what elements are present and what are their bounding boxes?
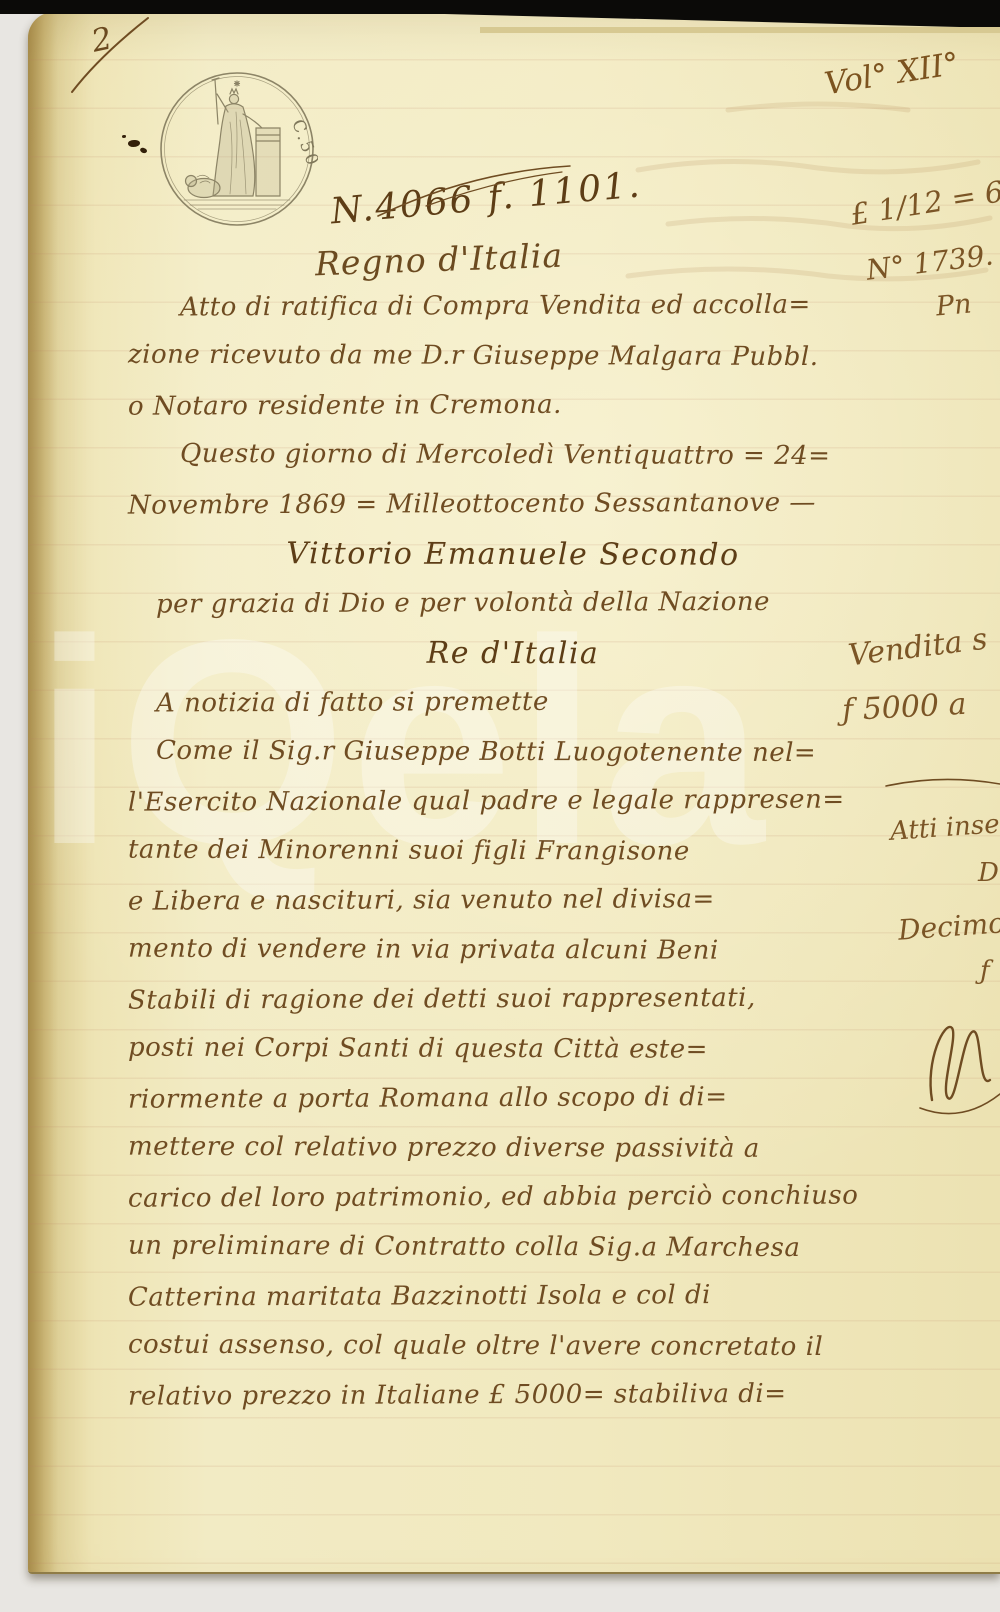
margin-registry-number: N° 1739.: [864, 238, 995, 286]
binding-edge: [28, 12, 58, 1572]
manuscript-line: per grazia di Dio e per volontà della Na…: [128, 577, 898, 630]
margin-registry-suffix: Pn: [935, 289, 973, 323]
manuscript-line: zione ricevuto da me D.r Giuseppe Malgar…: [128, 330, 898, 382]
realm-title: Regno d'Italia: [233, 233, 644, 286]
stamp-value: C.50: [287, 117, 318, 170]
notary-paraph: [920, 1027, 1000, 1114]
manuscript-line: o Notaro residente in Cremona.: [128, 379, 898, 432]
underlying-page-edge: [480, 27, 1000, 33]
volume-label: Vol° XII°: [822, 46, 962, 103]
manuscript-line: relativo prezzo in Italiane £ 5000= stab…: [128, 1369, 898, 1422]
ink-blot: [139, 147, 148, 155]
manuscript-line: mento di vendere in via privata alcuni B…: [128, 924, 898, 976]
allegorical-figure: [184, 78, 290, 209]
manuscript-line: tante dei Minorenni suoi figli Frangison…: [128, 825, 898, 877]
manuscript-line: Questo giorno di Mercoledì Ventiquattro …: [128, 429, 898, 481]
document-number: N.4066 f. 1101.: [285, 161, 687, 237]
margin-sale-amount: ƒ 5000 a: [841, 687, 967, 728]
margin-note-decimo: Decimo: [897, 906, 1000, 946]
manuscript-line: riormente a porta Romana allo scopo di d…: [128, 1072, 898, 1125]
manuscript-line: l'Esercito Nazionale qual padre e legale…: [128, 775, 898, 828]
manuscript-line: Stabili di ragione dei detti suoi rappre…: [128, 973, 898, 1026]
manuscript-line: Catterina maritata Bazzinotti Isola e co…: [128, 1270, 898, 1323]
margin-acts-note: Atti inserti: [889, 807, 1000, 847]
manuscript-line: Vittorio Emanuele Secondo: [128, 528, 898, 580]
manuscript-line: A notizia di fatto si premette: [128, 676, 898, 729]
manuscript-line: e Libera e nascituri, sia venuto nel div…: [128, 874, 898, 927]
margin-dash-flourish: [886, 779, 1000, 786]
ink-blot: [128, 140, 140, 147]
manuscript-line: Atto di ratifica di Compra Vendita ed ac…: [128, 280, 898, 333]
ink-blot: [122, 135, 126, 138]
manuscript-line: mettere col relativo prezzo diverse pass…: [128, 1122, 898, 1174]
manuscript-line: posti nei Corpi Santi di questa Città es…: [128, 1023, 898, 1075]
manuscript-line: Novembre 1869 = Milleottocento Sessantan…: [128, 478, 898, 531]
manuscript-line: un preliminare di Contratto colla Sig.a …: [128, 1221, 898, 1273]
photo-frame: iQela 2 Vol° XII°: [0, 0, 1000, 1612]
page-number: 2: [88, 20, 115, 59]
margin-fee-note: £ 1/12 = 6: [848, 174, 1000, 232]
manuscript-line: costui assenso, col quale oltre l'avere …: [128, 1320, 898, 1372]
margin-note-f: ƒ: [980, 956, 990, 986]
manuscript-line: Come il Sig.r Giuseppe Botti Luogotenent…: [128, 726, 898, 778]
manuscript-line: Re d'Italia: [128, 627, 898, 679]
manuscript-page: iQela 2 Vol° XII°: [28, 12, 1000, 1574]
manuscript-line: carico del loro patrimonio, ed abbia per…: [128, 1171, 898, 1224]
manuscript-body: Atto di ratifica di Compra Vendita ed ac…: [128, 282, 898, 1421]
margin-note-d: D: [978, 858, 999, 888]
